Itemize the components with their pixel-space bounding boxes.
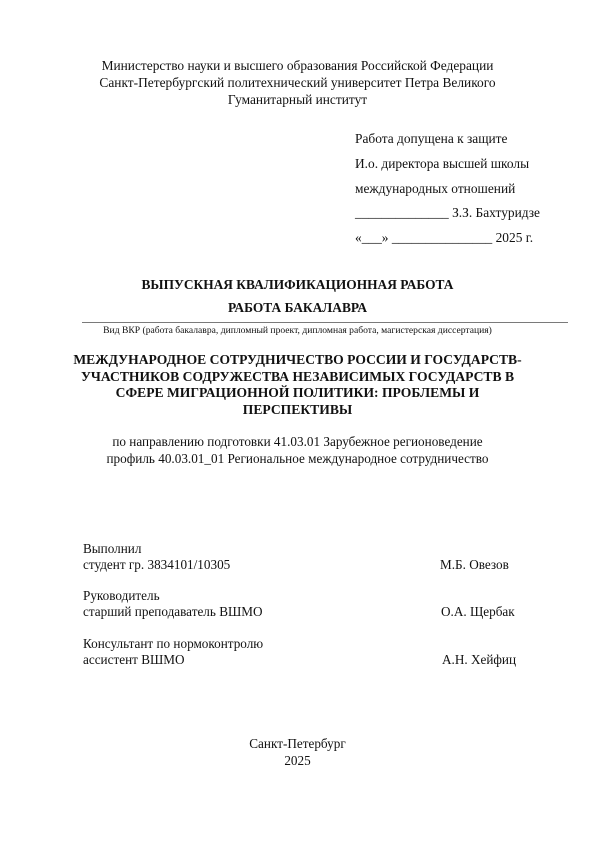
approval-date: «___» _______________ 2025 г. — [355, 229, 533, 246]
work-type-subtitle: РАБОТА БАКАЛАВРА — [0, 299, 595, 316]
signatory-position: ассистент ВШМО — [83, 651, 185, 668]
institute-name: Гуманитарный институт — [0, 91, 595, 108]
study-profile: профиль 40.03.01_01 Региональное междуна… — [0, 450, 595, 467]
topic-line-3: СФЕРЕ МИГРАЦИОННОЙ ПОЛИТИКИ: ПРОБЛЕМЫ И — [60, 385, 535, 402]
signatory-position: старший преподаватель ВШМО — [83, 603, 263, 620]
signatory-role: Руководитель — [83, 587, 160, 604]
approval-department: международных отношений — [355, 180, 515, 197]
footer-year: 2025 — [0, 752, 595, 769]
signatory-role: Выполнил — [83, 540, 141, 557]
approval-admitted: Работа допущена к защите — [355, 130, 507, 147]
topic-line-1: МЕЖДУНАРОДНОЕ СОТРУДНИЧЕСТВО РОССИИ И ГО… — [60, 352, 535, 369]
university-name: Санкт-Петербургский политехнический унив… — [0, 74, 595, 91]
approval-signature: ______________ З.З. Бахтуридзе — [355, 204, 540, 221]
signatory-name: А.Н. Хейфиц — [442, 651, 516, 668]
signatory-name: М.Б. Овезов — [440, 556, 509, 573]
signatory-name: О.А. Щербак — [441, 603, 515, 620]
work-type-title: ВЫПУСКНАЯ КВАЛИФИКАЦИОННАЯ РАБОТА — [0, 276, 595, 293]
topic-line-2: УЧАСТНИКОВ СОДРУЖЕСТВА НЕЗАВИСИМЫХ ГОСУД… — [60, 369, 535, 386]
divider-line — [82, 322, 568, 323]
footer-city: Санкт-Петербург — [0, 735, 595, 752]
thesis-topic: МЕЖДУНАРОДНОЕ СОТРУДНИЧЕСТВО РОССИИ И ГО… — [60, 352, 535, 418]
approval-position: И.о. директора высшей школы — [355, 155, 529, 172]
study-direction: по направлению подготовки 41.03.01 Заруб… — [0, 433, 595, 450]
signatory-position: студент гр. 3834101/10305 — [83, 556, 230, 573]
ministry-name: Министерство науки и высшего образования… — [0, 57, 595, 74]
signatory-role: Консультант по нормоконтролю — [83, 635, 263, 652]
vkr-type-note: Вид ВКР (работа бакалавра, дипломный про… — [0, 325, 595, 337]
topic-line-4: ПЕРСПЕКТИВЫ — [60, 402, 535, 419]
